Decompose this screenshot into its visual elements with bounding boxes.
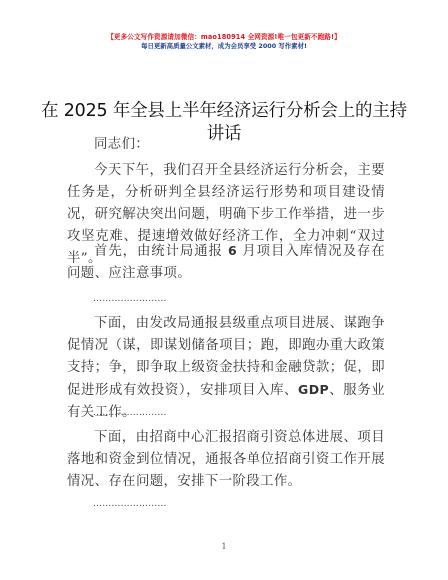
ellipsis-divider: …………………… (93, 499, 167, 509)
paragraph-text: 首先，由统计局通报 (94, 244, 228, 259)
promo-banner-line-2: 每日更新高质量公文素材，成为会员享受 2000 写作素材! (0, 41, 448, 50)
document-page: 【更多公文写作资源请加微信：mao180914 全网资源!唯一包更新不跑路!】 … (0, 0, 448, 580)
paragraph-investment-center: 下面，由招商中心汇报招商引资总体进展、项目落地和资金到位情况，通报各单位招商引资… (67, 427, 385, 493)
month-number: 6 (228, 243, 237, 258)
ellipsis-divider: …………………… (93, 408, 167, 418)
paragraph-statistics-bureau: 首先，由统计局通报 6 月项目入库情况及存在问题、应注意事项。 (67, 240, 385, 285)
page-number: 1 (0, 542, 448, 551)
gdp-term: GDP (298, 382, 329, 397)
promo-banner-line-1: 【更多公文写作资源请加微信：mao180914 全网资源!唯一包更新不跑路!】 (0, 31, 448, 41)
greeting: 同志们： (67, 134, 385, 156)
ellipsis-divider: …………………… (93, 294, 167, 304)
